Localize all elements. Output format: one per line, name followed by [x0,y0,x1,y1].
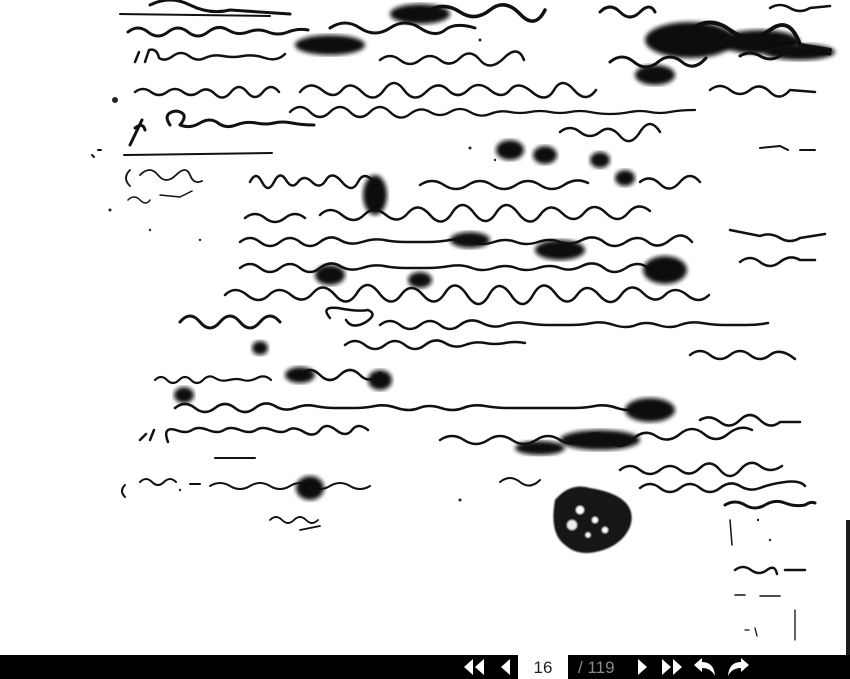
previous-page-button[interactable] [497,655,513,679]
curved-arrow-right-icon [725,656,751,678]
manuscript-page-image [0,0,850,655]
next-page-button[interactable] [635,655,651,679]
chevron-right-icon [636,657,650,677]
total-pages-label: / 119 [578,655,615,679]
last-page-button[interactable] [660,655,684,679]
scan-edge-border [846,520,850,655]
page-navigation-toolbar: / 119 [0,655,850,679]
chevron-left-icon [498,657,512,677]
double-chevron-right-icon [660,657,684,677]
page-number-input[interactable] [518,655,568,679]
rotate-right-button[interactable] [724,655,752,679]
rotate-left-button[interactable] [691,655,719,679]
handwriting-scan [0,0,850,655]
double-chevron-left-icon [462,657,486,677]
curved-arrow-left-icon [692,656,718,678]
first-page-button[interactable] [462,655,486,679]
